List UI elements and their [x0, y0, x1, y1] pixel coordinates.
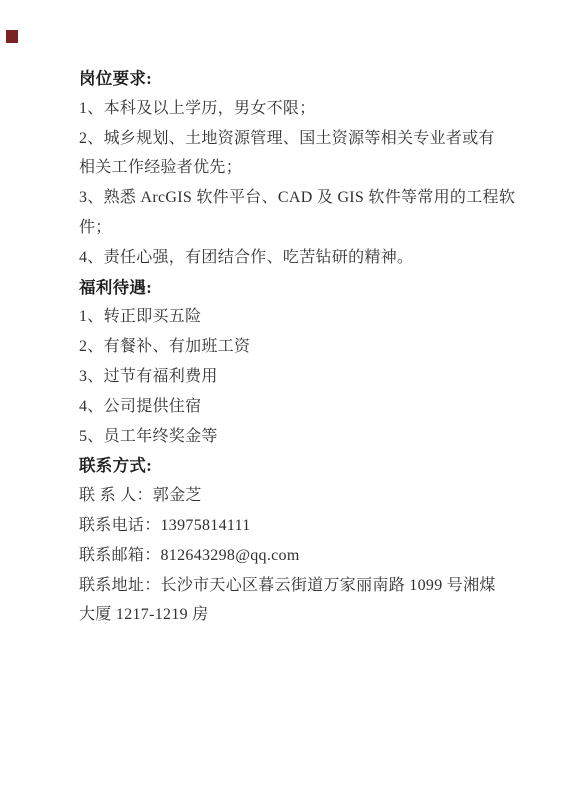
doc-line: 4、公司提供住宿: [79, 392, 489, 422]
document-body: 岗位要求:1、本科及以上学历，男女不限；2、城乡规划、土地资源管理、国土资源等相…: [79, 64, 489, 630]
doc-line: 5、员工年终奖金等: [79, 422, 489, 452]
doc-line: 3、熟悉 ArcGIS 软件平台、CAD 及 GIS 软件等常用的工程软: [79, 183, 489, 213]
doc-line: 3、过节有福利费用: [79, 362, 489, 392]
section-heading: 联系方式:: [79, 451, 489, 481]
doc-line: 2、有餐补、有加班工资: [79, 332, 489, 362]
doc-line: 件；: [79, 213, 489, 243]
doc-line: 联 系 人：郭金芝: [79, 481, 489, 511]
doc-line: 联系邮箱：812643298@qq.com: [79, 541, 489, 571]
doc-line: 1、转正即买五险: [79, 302, 489, 332]
doc-line: 大厦 1217-1219 房: [79, 600, 489, 630]
doc-line: 联系电话：13975814111: [79, 511, 489, 541]
corner-marker: [6, 30, 18, 43]
doc-line: 2、城乡规划、土地资源管理、国土资源等相关专业者或有: [79, 124, 489, 154]
section-heading: 福利待遇:: [79, 273, 489, 303]
doc-line: 4、责任心强，有团结合作、吃苦钻研的精神。: [79, 243, 489, 273]
doc-line: 相关工作经验者优先；: [79, 153, 489, 183]
section-heading: 岗位要求:: [79, 64, 489, 94]
doc-line: 联系地址：长沙市天心区暮云街道万家丽南路 1099 号湘煤: [79, 571, 489, 601]
doc-line: 1、本科及以上学历，男女不限；: [79, 94, 489, 124]
document-page: 岗位要求:1、本科及以上学历，男女不限；2、城乡规划、土地资源管理、国土资源等相…: [0, 0, 564, 798]
